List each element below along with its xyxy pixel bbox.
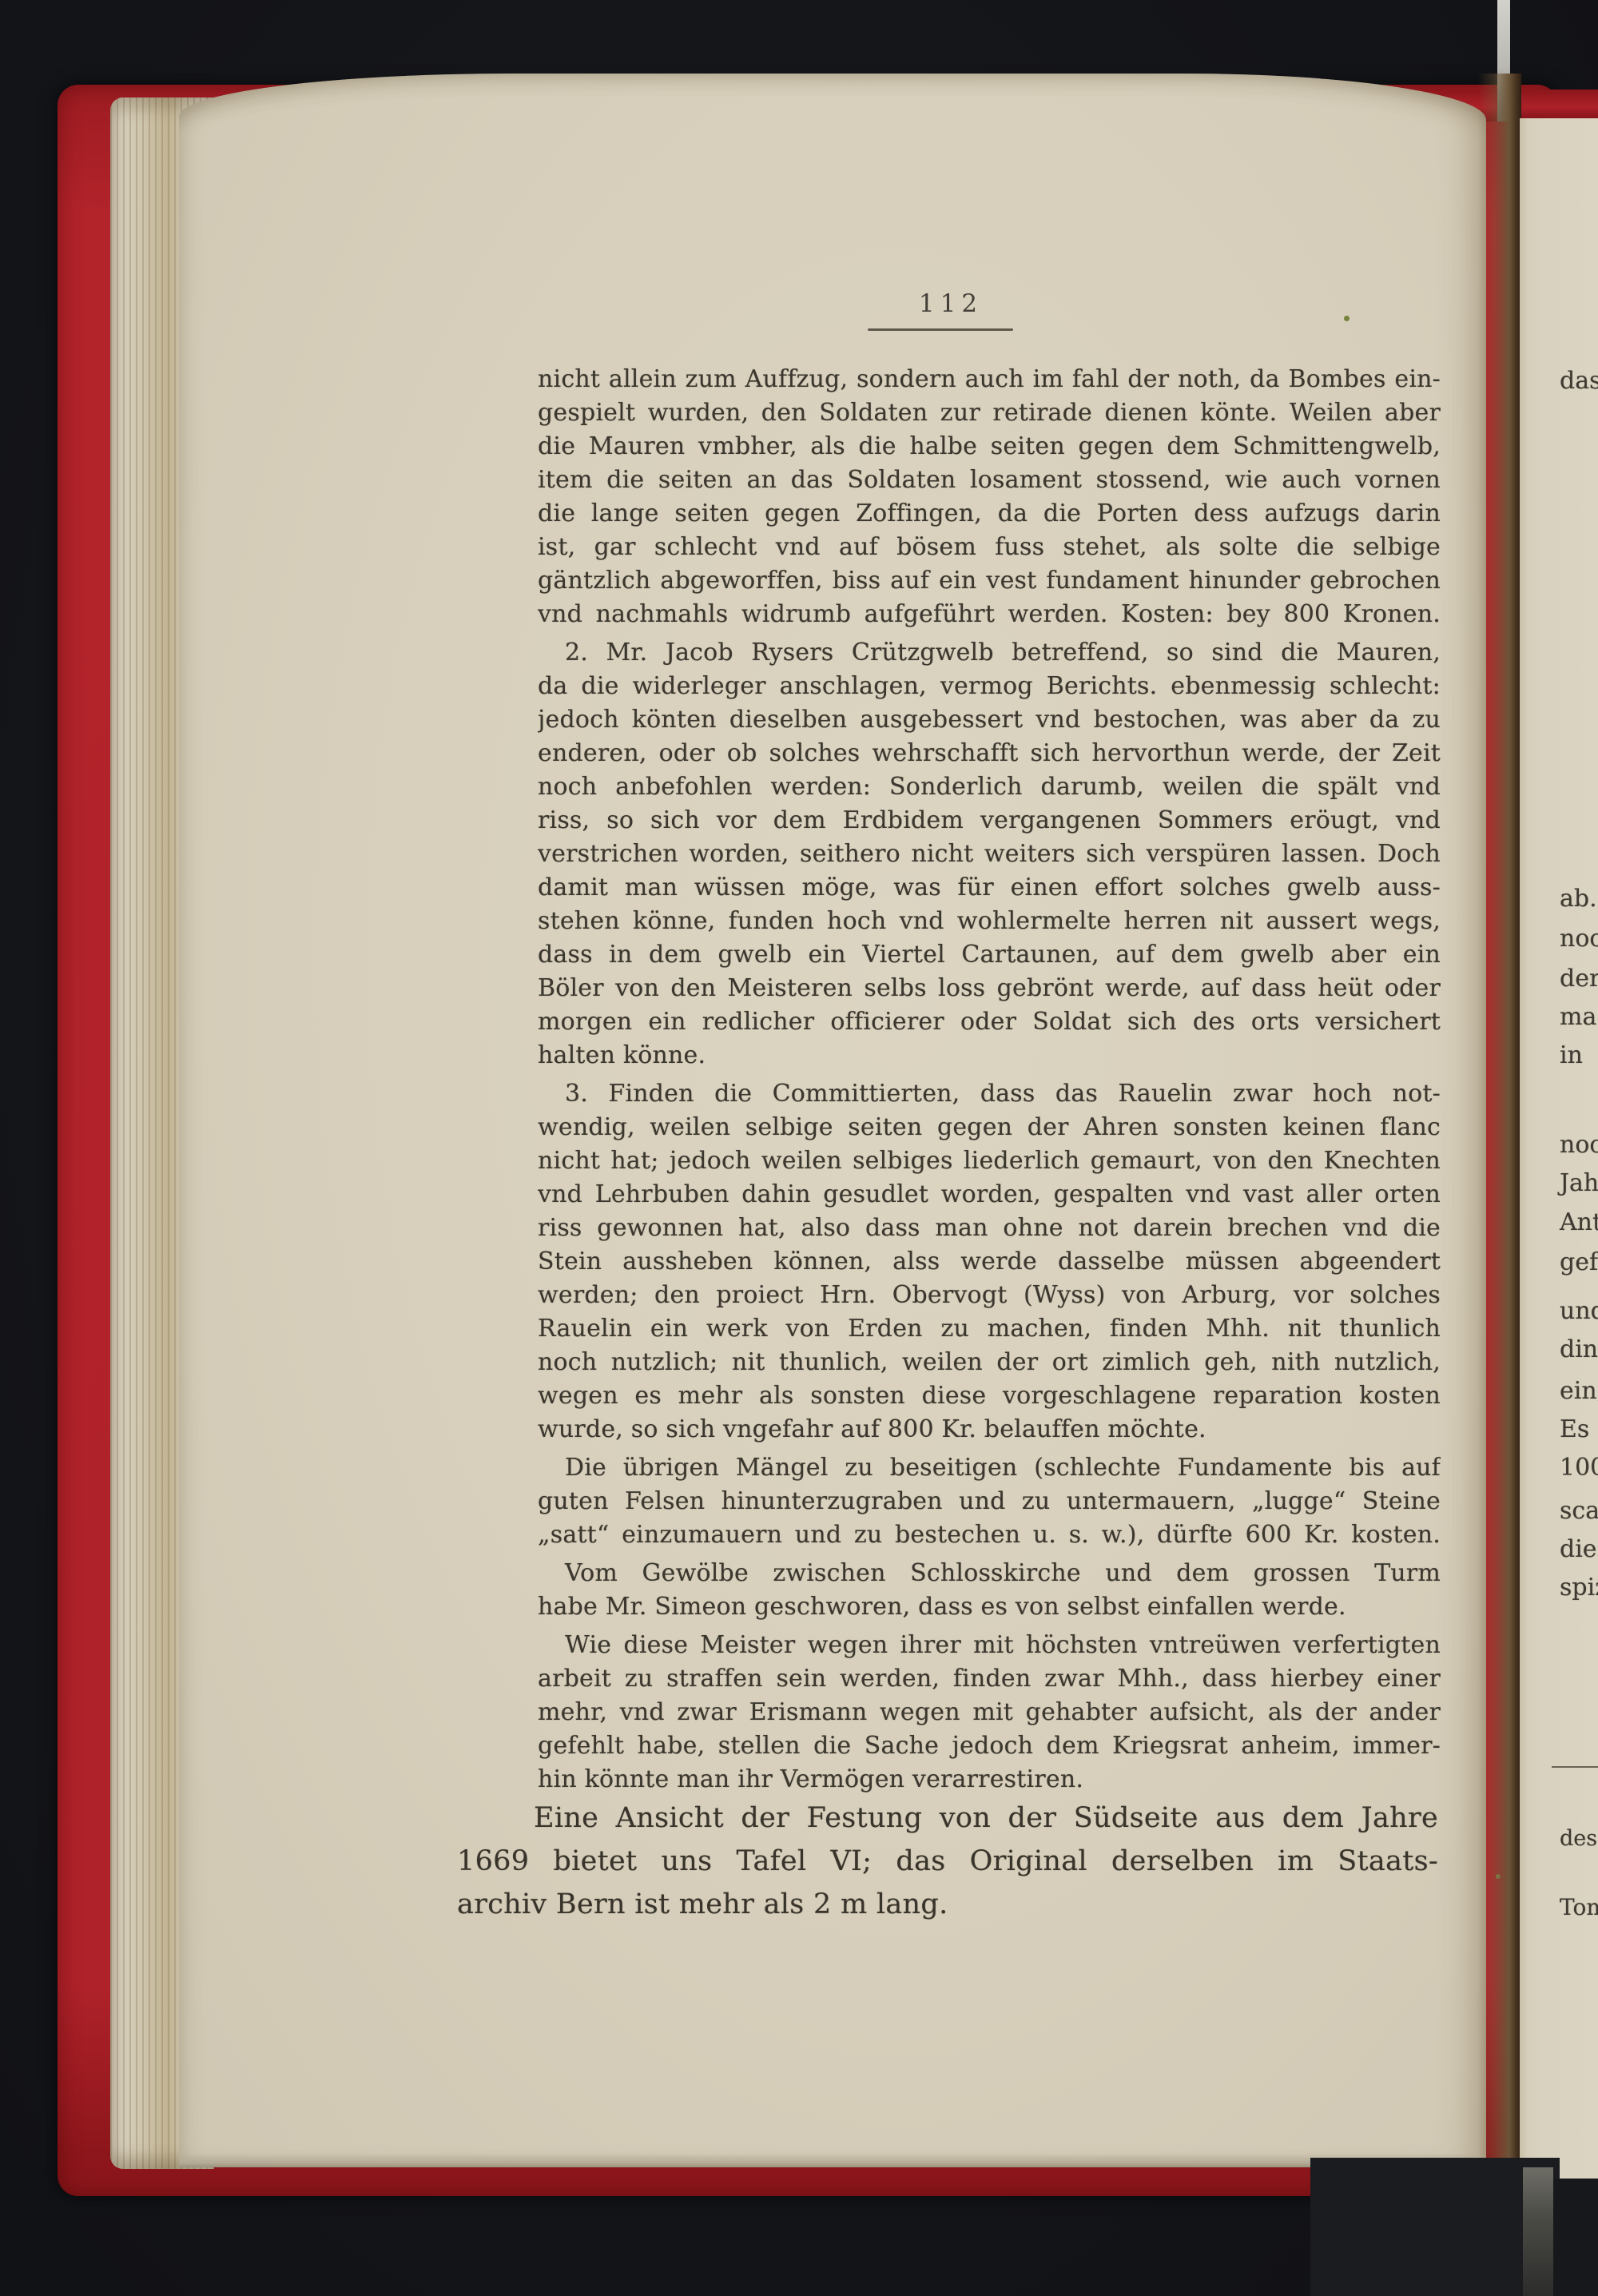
text-line: noch anbefohlen werden: Sonderlich darum… [538,770,1441,804]
text-line: vnd Lehrbuben dahin gesudlet worden, ges… [538,1178,1441,1212]
paragraph: 2. Mr. Jacob Rysers Crützgwelb betreffen… [538,636,1441,1072]
text-line: nicht hat; jedoch weilen selbiges lieder… [538,1144,1441,1178]
gutter-shadow [1478,74,1521,2180]
text-line: die Mauren vmbher, als die halbe seiten … [538,430,1441,464]
page-number: 112 [895,288,1007,320]
facing-page-text-fragment: scar [1560,1494,1598,1528]
text-line: wendig, weilen selbige seiten gegen der … [538,1111,1441,1144]
facing-page-text-fragment: ma [1560,1001,1596,1034]
text-line: morgen ein redlicher officierer oder Sol… [538,1005,1441,1039]
paragraph: Eine Ansicht der Festung von der Südseit… [457,1797,1438,1926]
text-line: die lange seiten gegen Zoffingen, da die… [538,497,1441,531]
text-line: 2. Mr. Jacob Rysers Crützgwelb betreffen… [538,636,1441,670]
text-line: Böler von den Meisteren selbs loss gebrö… [538,972,1441,1005]
facing-page-bottom-shadow [1553,2179,1598,2296]
facing-page-sliver: dasab.nocdermainnocJahAntgefunddinein,Es… [1520,118,1598,2179]
text-block: nicht allein zum Auffzug, sondern auch i… [538,363,1441,1797]
text-line: nicht allein zum Auffzug, sondern auch i… [538,363,1441,396]
text-line: noch nutzlich; nit thunlich, weilen der … [538,1346,1441,1379]
photo-of-open-book: { "page": { "folio": "112", "paragraphs"… [0,0,1598,2296]
facing-page-text-fragment: der [1560,962,1598,996]
text-line: stehen könne, funden hoch vnd wohlermelt… [538,905,1441,938]
text-line: gespielt wurden, den Soldaten zur retira… [538,396,1441,430]
facing-page-text-fragment: ein, [1560,1375,1598,1408]
text-line: halten könne. [538,1039,1441,1072]
paragraph: 3. Finden die Committierten, dass das Ra… [538,1077,1441,1446]
text-line: wegen es mehr als sonsten diese vorgesch… [538,1379,1441,1413]
facing-page-text-fragment: din [1560,1333,1598,1367]
paragraph: Wie diese Meister wegen ihrer mit höchst… [538,1629,1441,1797]
text-line: ist, gar schlecht vnd auf bösem fuss ste… [538,531,1441,564]
paragraph: nicht allein zum Auffzug, sondern auch i… [538,363,1441,631]
text-line: Vom Gewölbe zwischen Schlosskirche und d… [538,1557,1441,1590]
text-line: 1669 bietet uns Tafel VI; das Original d… [457,1840,1438,1883]
text-line: 3. Finden die Committierten, dass das Ra… [538,1077,1441,1111]
text-line: Die übrigen Mängel zu beseitigen (schlec… [538,1451,1441,1485]
text-line: riss gewonnen hat, also dass man ohne no… [538,1212,1441,1245]
text-line: verstrichen worden, seithero nicht weite… [538,838,1441,871]
text-line: habe Mr. Simeon geschworen, dass es von … [538,1590,1441,1624]
text-line: werden; den proiect Hrn. Obervogt (Wyss)… [538,1279,1441,1312]
facing-page-text-fragment: spiz [1560,1571,1598,1605]
facing-page-text-fragment: und [1560,1295,1598,1328]
facing-page-text-fragment: noc [1560,1128,1598,1162]
text-line: wurde, so sich vngefahr auf 800 Kr. bela… [538,1413,1441,1446]
bottom-right-cover-edge [1523,2167,1553,2296]
large-text-block: Eine Ansicht der Festung von der Südseit… [457,1797,1438,1926]
text-line: mehr, vnd zwar Erismann wegen mit gehabt… [538,1696,1441,1729]
text-line: dass in dem gwelb ein Viertel Cartaunen,… [538,938,1441,972]
text-line: „satt“ einzumauern und zu bestechen u. s… [538,1518,1441,1552]
text-line: da die widerleger anschlagen, vermog Ber… [538,670,1441,703]
text-line: enderen, oder ob solches wehrschafft sic… [538,737,1441,770]
text-line: arbeit zu straffen sein werden, finden z… [538,1662,1441,1696]
text-line: hin könnte man ihr Vermögen verarrestire… [538,1763,1441,1797]
text-line: damit man wüssen möge, was für einen eff… [538,871,1441,905]
facing-page-text-fragment: des [1560,1822,1597,1856]
text-line: guten Felsen hinunterzugraben und zu unt… [538,1485,1441,1518]
page-bottom-edge-shading [179,2153,1486,2167]
text-line: jedoch könten dieselben ausgebessert vnd… [538,703,1441,737]
page-number-rule [868,328,1013,331]
facing-page-text-fragment: in [1560,1039,1583,1072]
text-line: archiv Bern ist mehr als 2 m lang. [457,1883,1438,1926]
facing-page-text-fragment: 100 [1560,1451,1598,1485]
facing-page-text-fragment: das [1560,364,1598,398]
facing-page-text-fragment: noc [1560,922,1598,956]
facing-page-text-fragment: Tom [1560,1891,1598,1924]
text-line: Rauelin ein werk von Erden zu machen, fi… [538,1312,1441,1346]
text-line: gefehlt habe, stellen die Sache jedoch d… [538,1729,1441,1763]
facing-page-text-fragment: ab. [1560,882,1597,916]
facing-page-text-fragment: dies [1560,1533,1598,1566]
paper-speck [1344,316,1350,321]
facing-page-footnote-rule [1552,1766,1598,1768]
text-line: item die seiten an das Soldaten losament… [538,464,1441,497]
text-line: Stein aussheben können, alss werde dasse… [538,1245,1441,1279]
facing-page-text-fragment: Jah [1560,1167,1598,1200]
text-line: vnd nachmahls widrumb aufgeführt werden.… [538,598,1441,631]
text-line: gäntzlich abgeworffen, biss auf ein vest… [538,564,1441,598]
facing-page-text-fragment: Es [1560,1413,1589,1446]
facing-page-text-fragment: Ant [1560,1206,1598,1240]
text-line: Wie diese Meister wegen ihrer mit höchst… [538,1629,1441,1662]
paragraph: Die übrigen Mängel zu beseitigen (schlec… [538,1451,1441,1552]
text-line: riss, so sich vor dem Erdbidem vergangen… [538,804,1441,838]
paragraph: Vom Gewölbe zwischen Schlosskirche und d… [538,1557,1441,1624]
facing-page-text-fragment: gef [1560,1246,1598,1279]
text-line: Eine Ansicht der Festung von der Südseit… [457,1797,1438,1840]
